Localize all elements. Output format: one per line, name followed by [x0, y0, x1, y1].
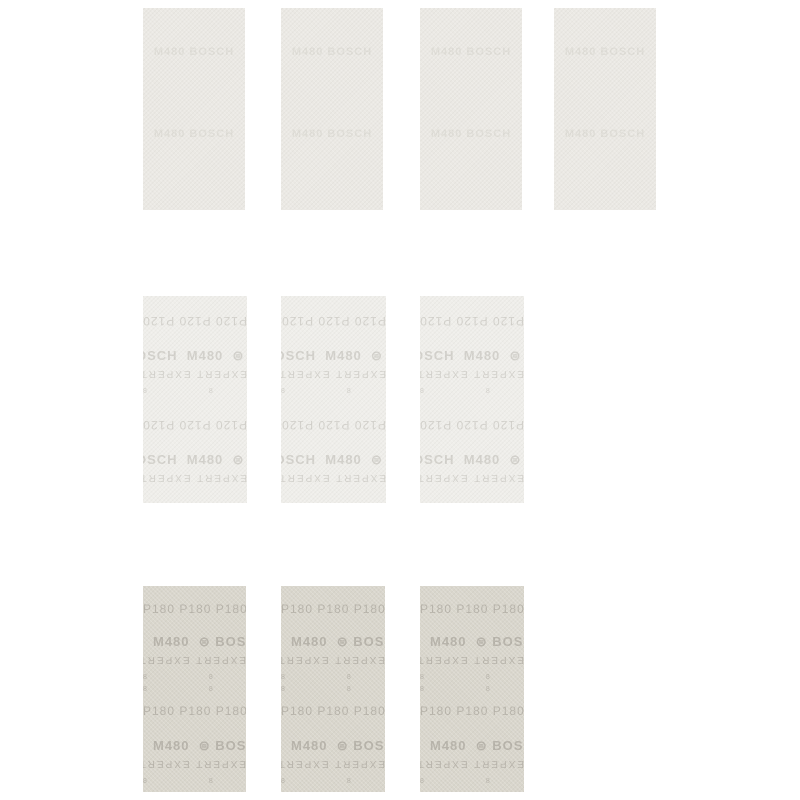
- brand-label: BOSCH M480 ⊜: [281, 348, 386, 364]
- dot-marks: 8 8 8: [143, 674, 246, 681]
- sanding-sheet-bot-1: P180 P180 P180 M480 ⊜ BOSCH EXPERT EXPER…: [143, 586, 246, 792]
- dot-marks: 8 8 8: [420, 388, 524, 395]
- brand-label: BOSCH M480 ⊜: [420, 348, 524, 364]
- sheet-print: M480 BOSCH: [420, 128, 522, 140]
- expert-label: EXPERT EXPERT: [420, 654, 524, 665]
- dot-marks: 8 8 8: [143, 778, 246, 785]
- sanding-sheet-mid-1: P120 P120 P120 BOSCH M480 ⊜ EXPERT EXPER…: [143, 296, 247, 503]
- sheet-print: M480 BOSCH: [143, 46, 245, 58]
- brand-label: BOSCH M480 ⊜: [143, 348, 247, 364]
- sheet-print: M480 BOSCH: [554, 128, 656, 140]
- grit-label: P180 P180 P180: [281, 704, 385, 718]
- sanding-sheet-mid-3: P120 P120 P120 BOSCH M480 ⊜ EXPERT EXPER…: [420, 296, 524, 503]
- grit-label: P120 P120 P120: [281, 314, 386, 328]
- brand-label: M480 ⊜ BOSCH: [430, 738, 524, 754]
- expert-label: EXPERT EXPERT: [281, 654, 385, 665]
- brand-label: BOSCH M480 ⊜: [281, 452, 386, 468]
- dot-marks: 8 8 8: [281, 674, 385, 681]
- sanding-sheet-top-4: M480 BOSCH M480 BOSCH: [554, 8, 656, 210]
- brand-label: M480 ⊜ BOSCH: [291, 634, 385, 650]
- brand-label: BOSCH M480 ⊜: [420, 452, 524, 468]
- sanding-sheet-top-3: M480 BOSCH M480 BOSCH: [420, 8, 522, 210]
- sanding-sheet-mid-2: P120 P120 P120 BOSCH M480 ⊜ EXPERT EXPER…: [281, 296, 386, 503]
- dot-marks: 8 8 8: [420, 674, 524, 681]
- brand-label: BOSCH M480 ⊜: [143, 452, 247, 468]
- expert-label: EXPERT EXPERT: [420, 368, 524, 379]
- sheet-print: M480 BOSCH: [281, 128, 383, 140]
- grit-label: P120 P120 P120: [143, 418, 247, 432]
- dot-marks: 8 8 8: [143, 686, 246, 693]
- grit-label: P180 P180 P180: [143, 704, 246, 718]
- dot-marks: 8 8 8: [420, 686, 524, 693]
- brand-label: M480 ⊜ BOSCH: [153, 634, 246, 650]
- sheet-print: M480 BOSCH: [281, 46, 383, 58]
- sanding-sheet-bot-3: P180 P180 P180 M480 ⊜ BOSCH EXPERT EXPER…: [420, 586, 524, 792]
- grit-label: P180 P180 P180: [281, 602, 385, 616]
- brand-label: M480 ⊜ BOSCH: [430, 634, 524, 650]
- sheet-print: M480 BOSCH: [143, 128, 245, 140]
- sanding-sheet-top-2: M480 BOSCH M480 BOSCH: [281, 8, 383, 210]
- sanding-sheet-top-1: M480 BOSCH M480 BOSCH: [143, 8, 245, 210]
- brand-label: M480 ⊜ BOSCH: [153, 738, 246, 754]
- dot-marks: 8 8 8: [281, 686, 385, 693]
- expert-label: EXPERT EXPERT: [420, 758, 524, 769]
- expert-label: EXPERT EXPERT: [143, 368, 247, 379]
- expert-label: EXPERT EXPERT: [281, 758, 385, 769]
- grit-label: P120 P120 P120: [420, 418, 524, 432]
- sheet-print: M480 BOSCH: [554, 46, 656, 58]
- expert-label: EXPERT EXPERT: [281, 472, 386, 483]
- expert-label: EXPERT EXPERT: [143, 472, 247, 483]
- grit-label: P180 P180 P180: [420, 704, 524, 718]
- sheet-print: M480 BOSCH: [420, 46, 522, 58]
- expert-label: EXPERT EXPERT: [420, 472, 524, 483]
- expert-label: EXPERT EXPERT: [143, 654, 246, 665]
- expert-label: EXPERT EXPERT: [281, 368, 386, 379]
- brand-label: M480 ⊜ BOSCH: [291, 738, 385, 754]
- dot-marks: 8 8 8: [420, 778, 524, 785]
- dot-marks: 8 8 8: [143, 388, 247, 395]
- dot-marks: 8 8 8: [281, 388, 386, 395]
- grit-label: P120 P120 P120: [420, 314, 524, 328]
- sanding-sheet-bot-2: P180 P180 P180 M480 ⊜ BOSCH EXPERT EXPER…: [281, 586, 385, 792]
- grit-label: P120 P120 P120: [143, 314, 247, 328]
- grit-label: P120 P120 P120: [281, 418, 386, 432]
- grit-label: P180 P180 P180: [143, 602, 246, 616]
- expert-label: EXPERT EXPERT: [143, 758, 246, 769]
- grit-label: P180 P180 P180: [420, 602, 524, 616]
- dot-marks: 8 8 8: [281, 778, 385, 785]
